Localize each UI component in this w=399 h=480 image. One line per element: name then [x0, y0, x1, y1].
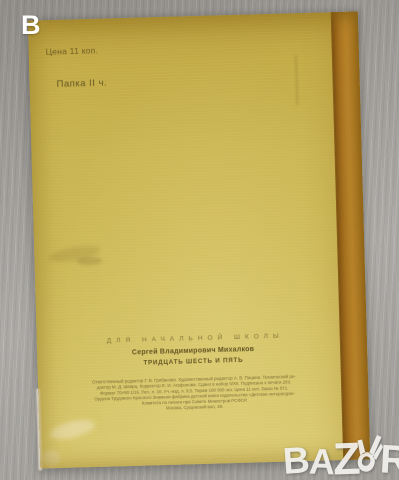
corner-wear: [42, 450, 60, 466]
cover-stain: [76, 257, 102, 266]
cover-crease: [295, 55, 298, 105]
colophon-block: Ответственный редактор Г. В. Грибанова. …: [73, 373, 316, 414]
book-back-cover: Цена 11 коп. Папка II ч. ДЛЯ НАЧАЛЬНОЙ Ш…: [28, 11, 370, 468]
imprint-block: ДЛЯ НАЧАЛЬНОЙ ШКОЛЫ Сергей Владимирович …: [28, 330, 360, 416]
price-text: Цена 11 коп.: [46, 46, 99, 57]
watermark-letter: B: [282, 446, 311, 477]
viewer-corner-label: B: [21, 12, 41, 39]
watermark-letter: A: [308, 447, 335, 476]
photo-of-book-back-cover: B Цена 11 коп. Папка II ч. ДЛЯ НАЧАЛЬНОЙ…: [0, 0, 399, 480]
bazar-watermark: B A Z R: [283, 430, 399, 476]
price-line: Цена 11 коп.: [46, 46, 99, 57]
part-line: Папка II ч.: [56, 78, 107, 90]
watermark-letter: Z: [332, 440, 361, 476]
watermark-letter: R: [379, 444, 399, 477]
part-text: Папка II ч.: [56, 78, 107, 90]
cover-scrape: [48, 416, 96, 442]
